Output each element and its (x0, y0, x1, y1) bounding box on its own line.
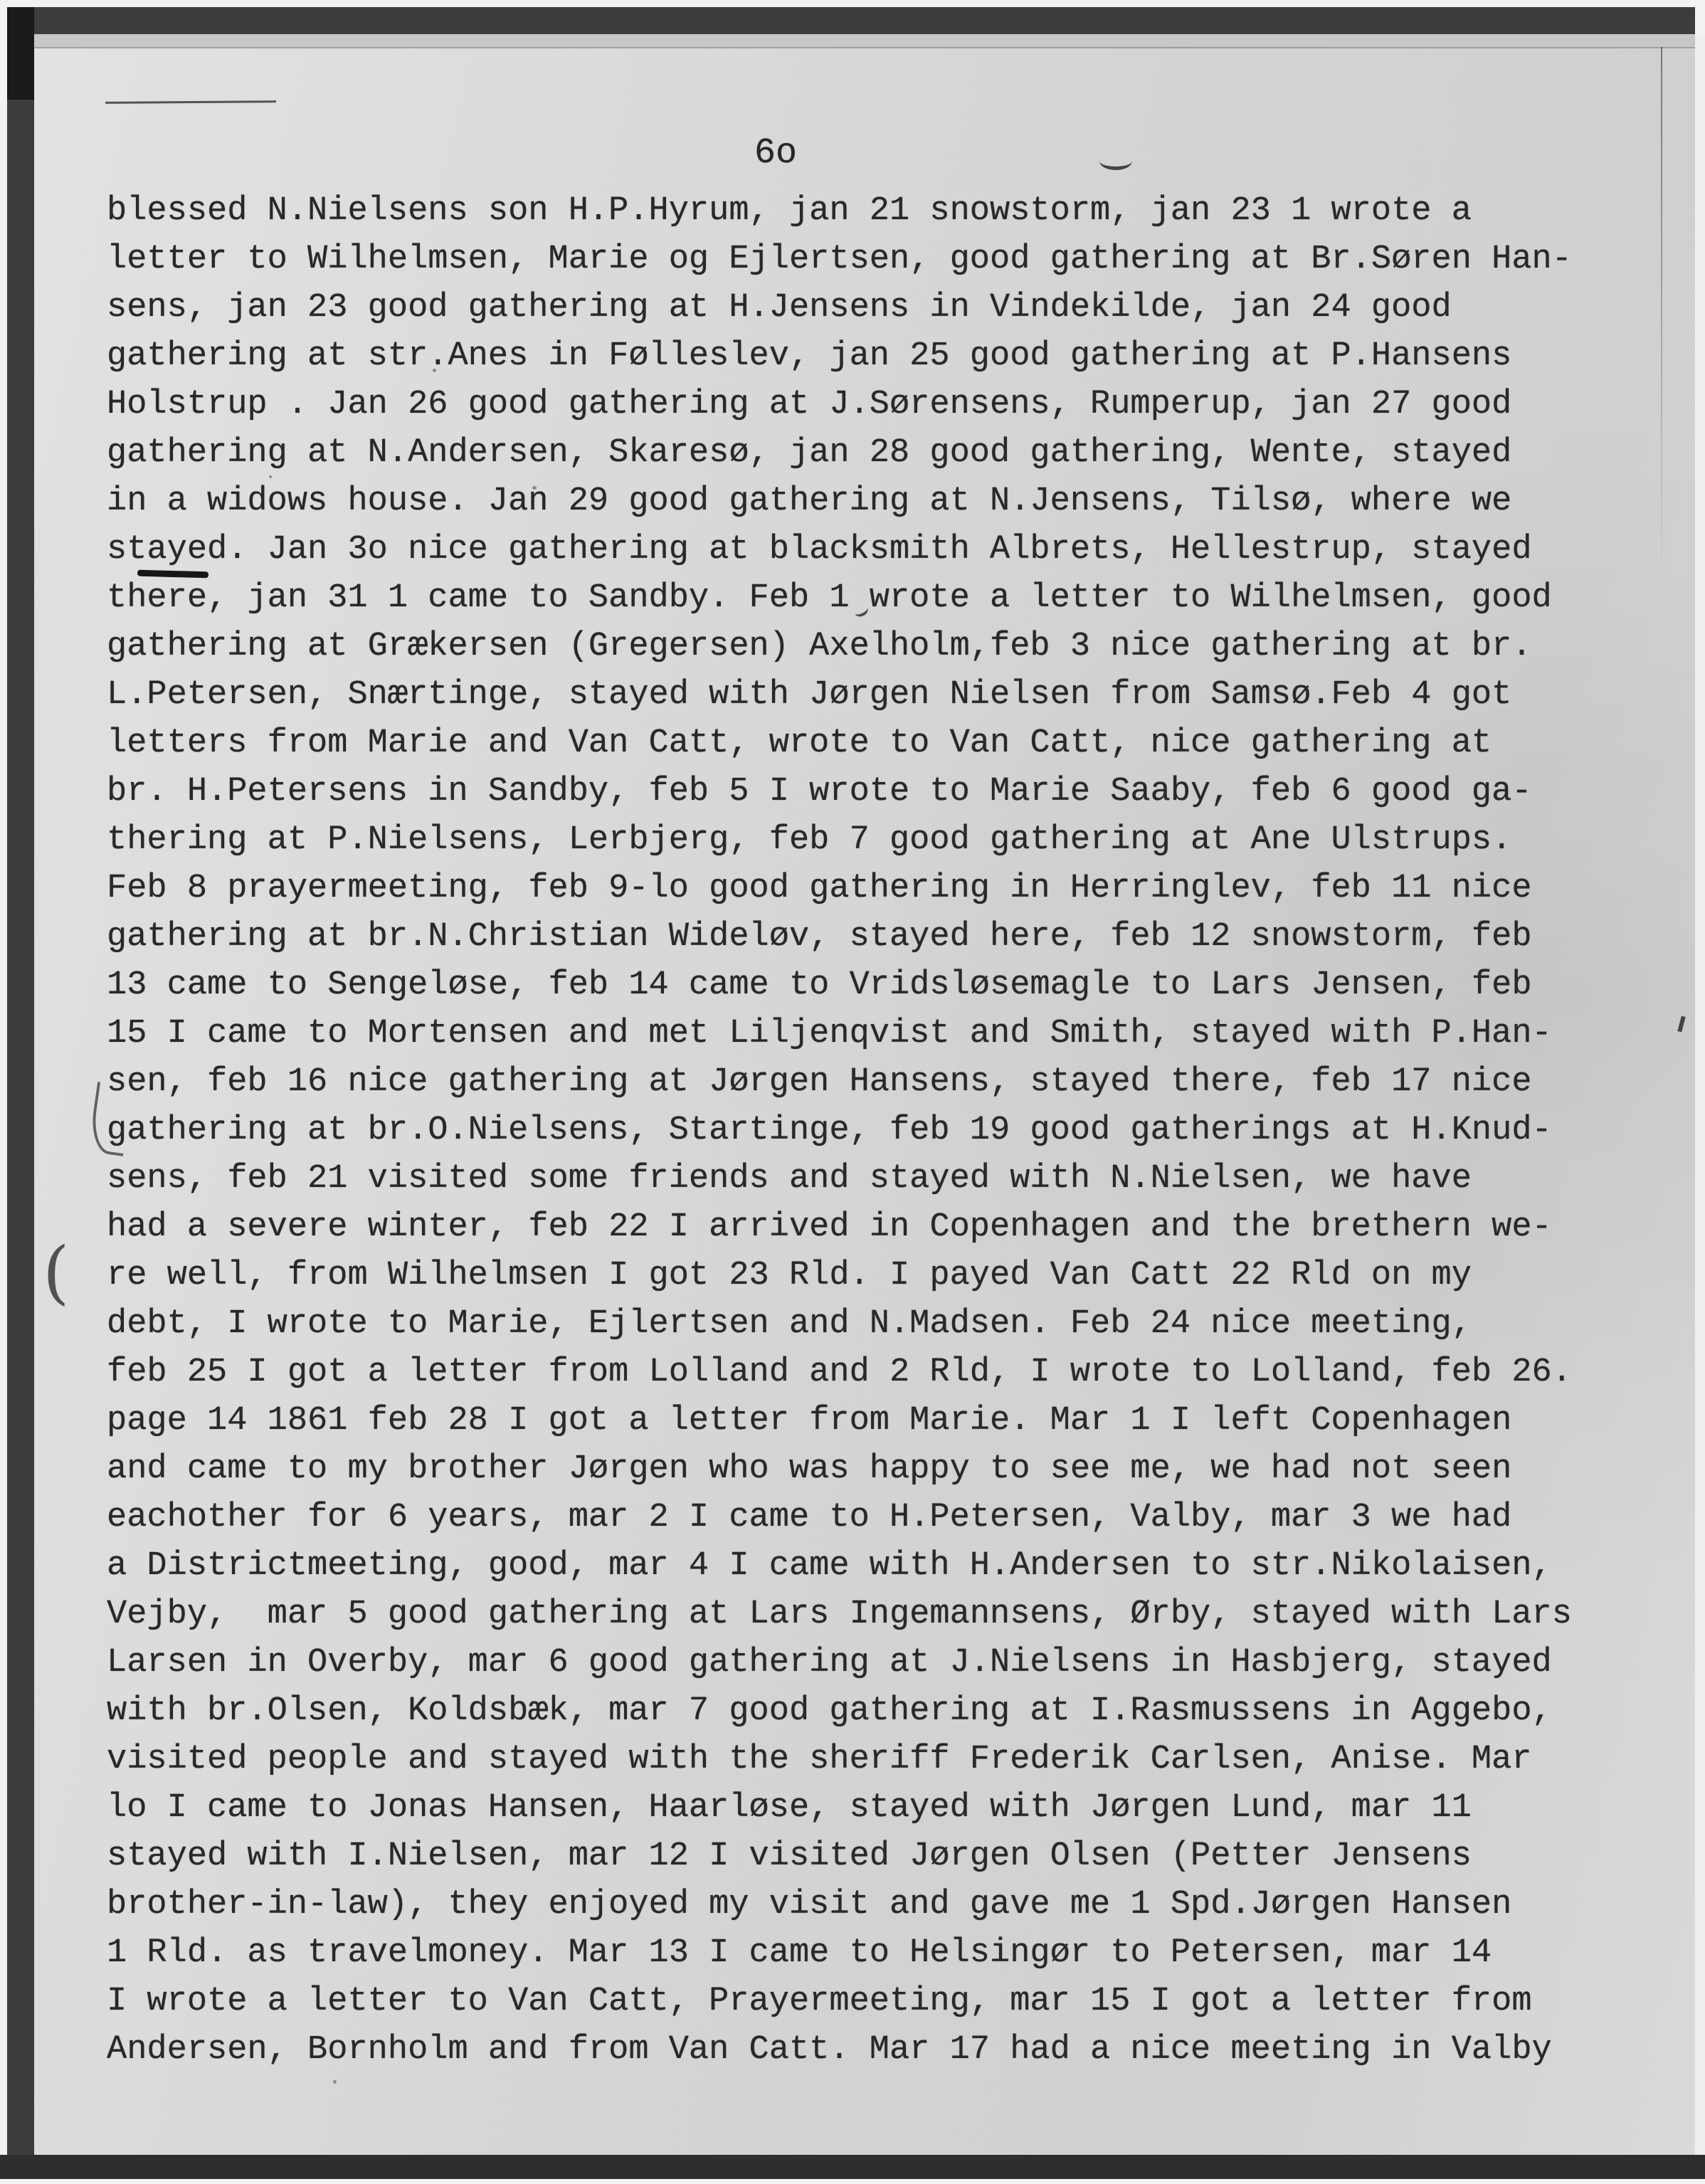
text-line: gathering at br.O.Nielsens, Startinge, f… (107, 1107, 1658, 1155)
photocopy-border-bottom (0, 2155, 1705, 2179)
text-block: blessed N.Nielsens son H.P.Hyrum, jan 21… (107, 187, 1658, 2074)
text-line: letter to Wilhelmsen, Marie og Ejlertsen… (107, 236, 1658, 284)
text-line: Feb 8 prayermeeting, feb 9-lo good gathe… (107, 865, 1658, 913)
text-line: blessed N.Nielsens son H.P.Hyrum, jan 21… (107, 187, 1658, 236)
text-line: in a widows house. Jan 29 good gathering… (107, 478, 1658, 526)
text-line: 13 came to Sengeløse, feb 14 came to Vri… (107, 961, 1658, 1010)
handwritten-paren-mark: ( (43, 1238, 69, 1307)
text-line: letters from Marie and Van Catt, wrote t… (107, 719, 1658, 768)
scratch-mark (105, 100, 276, 104)
paper-sheet: 6o blessed N.Nielsens son H.P.Hyrum, jan… (34, 47, 1705, 2156)
photocopy-border-left (7, 7, 34, 2178)
text-line: visited people and stayed with the sheri… (107, 1736, 1658, 1784)
text-line: 15 I came to Mortensen and met Liljenqvi… (107, 1010, 1658, 1058)
photocopy-border-top (7, 7, 1695, 34)
text-line: and came to my brother Jørgen who was ha… (107, 1445, 1658, 1494)
text-line: 1 Rld. as travelmoney. Mar 13 I came to … (107, 1929, 1658, 1978)
text-line: gathering at str.Anes in Følleslev, jan … (107, 332, 1658, 381)
text-line: stayed. Jan 3o nice gathering at blacksm… (107, 526, 1658, 574)
margin-speck (1677, 1016, 1685, 1033)
text-line: lo I came to Jonas Hansen, Haarløse, sta… (107, 1784, 1658, 1832)
text-line: a Districtmeeting, good, mar 4 I came wi… (107, 1542, 1658, 1590)
text-line: there, jan 31 1 came to Sandby. Feb 1 wr… (107, 574, 1658, 623)
text-line: Holstrup . Jan 26 good gathering at J.Sø… (107, 381, 1658, 429)
handwritten-breve-mark (1099, 152, 1132, 170)
text-line: Larsen in Overby, mar 6 good gathering a… (107, 1639, 1658, 1687)
page-number: 6o (754, 133, 797, 174)
text-line: with br.Olsen, Koldsbæk, mar 7 good gath… (107, 1687, 1658, 1736)
text-line: debt, I wrote to Marie, Ejlertsen and N.… (107, 1300, 1658, 1349)
text-line: gathering at N.Andersen, Skaresø, jan 28… (107, 429, 1658, 478)
text-line: eachother for 6 years, mar 2 I came to H… (107, 1494, 1658, 1542)
scanned-page: 6o blessed N.Nielsens son H.P.Hyrum, jan… (0, 0, 1705, 2184)
text-line: page 14 1861 feb 28 I got a letter from … (107, 1397, 1658, 1445)
text-line: had a severe winter, feb 22 I arrived in… (107, 1203, 1658, 1252)
text-line: thering at P.Nielsens, Lerbjerg, feb 7 g… (107, 816, 1658, 865)
text-line: re well, from Wilhelmsen I got 23 Rld. I… (107, 1252, 1658, 1300)
paper-edge-strip (1695, 34, 1705, 2155)
text-line: L.Petersen, Snærtinge, stayed with Jørge… (107, 671, 1658, 719)
text-line: feb 25 I got a letter from Lolland and 2… (107, 1349, 1658, 1397)
text-line: sen, feb 16 nice gathering at Jørgen Han… (107, 1058, 1658, 1107)
photocopy-corner-blotch (7, 7, 34, 100)
backing-sheet-strip (34, 34, 1705, 47)
text-line: gathering at br.N.Christian Wideløv, sta… (107, 913, 1658, 961)
text-line: stayed with I.Nielsen, mar 12 I visited … (107, 1832, 1658, 1881)
text-line: I wrote a letter to Van Catt, Prayermeet… (107, 1978, 1658, 2026)
text-line: gathering at Grækersen (Gregersen) Axelh… (107, 623, 1658, 671)
paper-crease-line (1661, 47, 1662, 588)
dust-speck (269, 475, 272, 478)
dust-speck (732, 212, 734, 215)
text-line: br. H.Petersens in Sandby, feb 5 I wrote… (107, 768, 1658, 816)
text-line: Andersen, Bornholm and from Van Catt. Ma… (107, 2026, 1658, 2074)
dust-speck (333, 2080, 337, 2084)
dust-speck (433, 369, 436, 372)
text-line: sens, jan 23 good gathering at H.Jensens… (107, 284, 1658, 332)
dust-speck (532, 486, 537, 490)
text-line: brother-in-law), they enjoyed my visit a… (107, 1881, 1658, 1929)
text-line: sens, feb 21 visited some friends and st… (107, 1155, 1658, 1203)
dust-speck (1158, 845, 1162, 848)
text-line: Vejby, mar 5 good gathering at Lars Inge… (107, 1590, 1658, 1639)
